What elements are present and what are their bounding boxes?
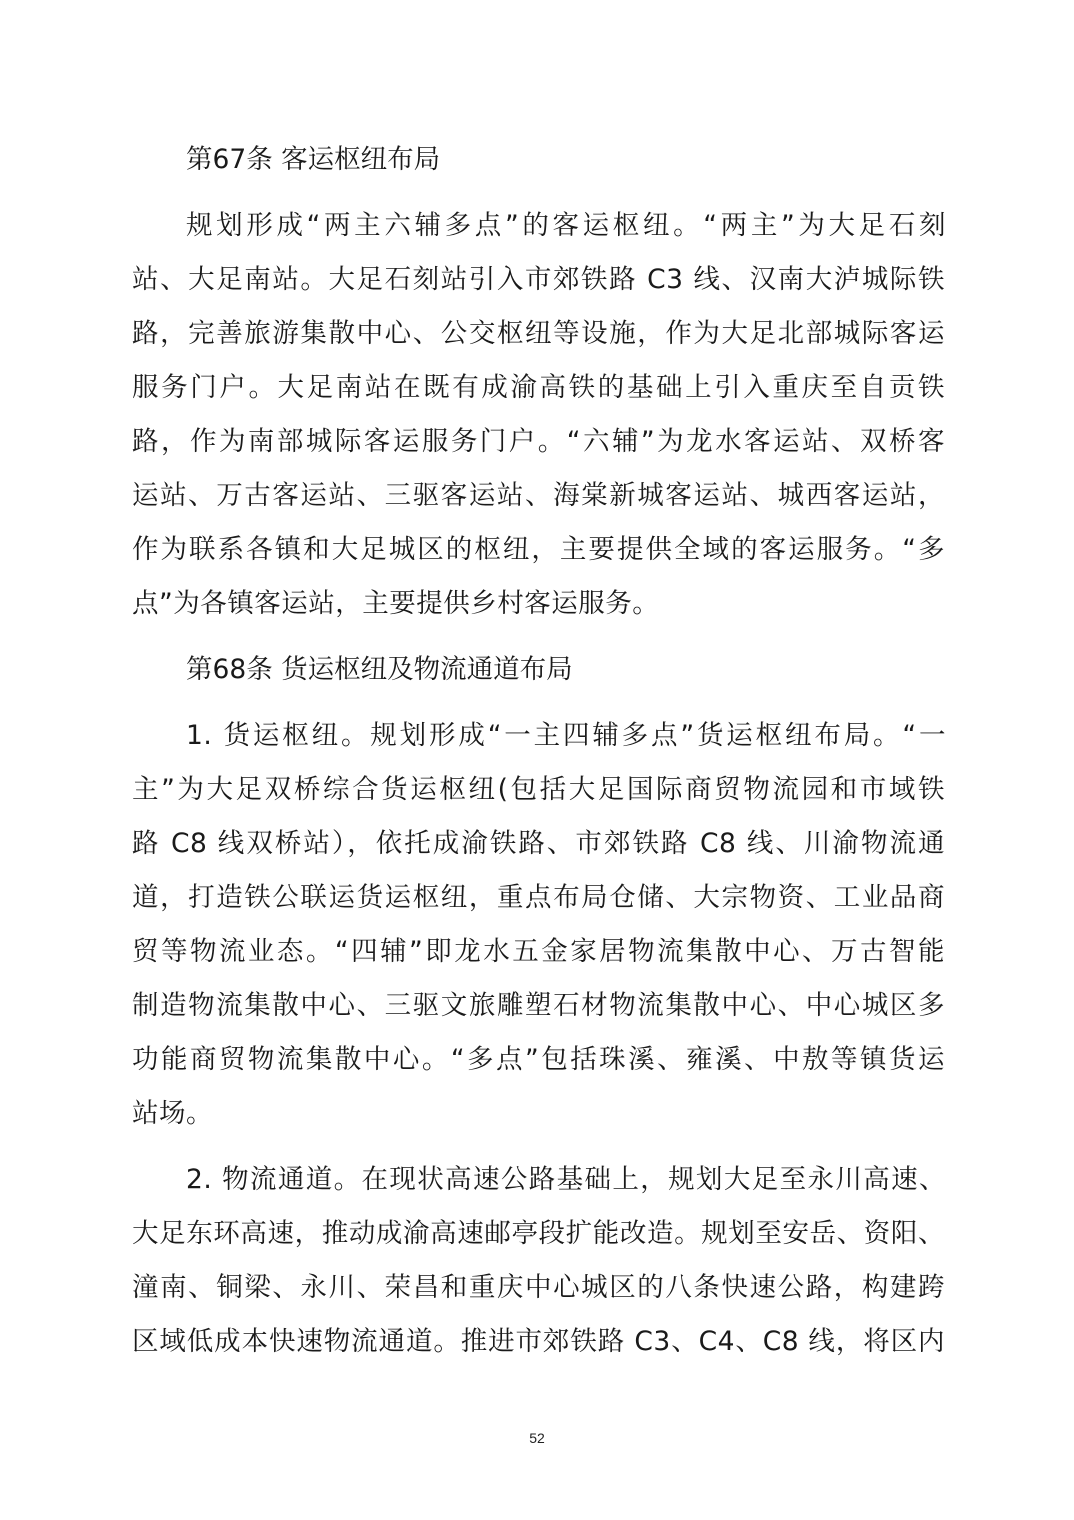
paragraph-line: 站、大足南站。大足石刻站引入市郊铁路 C3 线、汉南大泸城际铁	[132, 260, 945, 300]
paragraph-line: 功能商贸物流集散中心。“多点”包括珠溪、雍溪、中敖等镇货运	[132, 1040, 945, 1080]
paragraph-line: 作为联系各镇和大足城区的枢纽，主要提供全域的客运服务。“多	[132, 530, 945, 570]
paragraph-line: 运站、万古客运站、三驱客运站、海棠新城客运站、城西客运站，	[132, 476, 945, 516]
paragraph-line: 贸等物流业态。“四辅”即龙水五金家居物流集散中心、万古智能	[132, 932, 945, 972]
paragraph-line: 道，打造铁公联运货运枢纽，重点布局仓储、大宗物资、工业品商	[132, 878, 945, 918]
paragraph-line: 1. 货运枢纽。规划形成“一主四辅多点”货运枢纽布局。“一	[186, 716, 946, 756]
paragraph-line: 大足东环高速，推动成渝高速邮亭段扩能改造。规划至安岳、资阳、	[132, 1214, 945, 1254]
paragraph-line: 区域低成本快速物流通道。推进市郊铁路 C3、C4、C8 线，将区内	[132, 1322, 945, 1362]
section-heading-67: 第67条 客运枢纽布局	[186, 140, 1016, 180]
document-page: 第67条 客运枢纽布局 规划形成“两主六辅多点”的客运枢纽。“两主”为大足石刻 …	[0, 0, 1074, 1520]
paragraph-line: 潼南、铜梁、永川、荣昌和重庆中心城区的八条快速公路，构建跨	[132, 1268, 945, 1308]
paragraph-line: 服务门户。大足南站在既有成渝高铁的基础上引入重庆至自贡铁	[132, 368, 945, 408]
paragraph-line: 路，作为南部城际客运服务门户。“六辅”为龙水客运站、双桥客	[132, 422, 945, 462]
paragraph-line: 2. 物流通道。在现状高速公路基础上，规划大足至永川高速、	[186, 1160, 946, 1200]
paragraph-line: 主”为大足双桥综合货运枢纽(包括大足国际商贸物流园和市域铁	[132, 770, 945, 810]
paragraph-line: 点”为各镇客运站，主要提供乡村客运服务。	[132, 584, 962, 624]
paragraph-line: 规划形成“两主六辅多点”的客运枢纽。“两主”为大足石刻	[186, 206, 946, 246]
paragraph-line: 路 C8 线双桥站），依托成渝铁路、市郊铁路 C8 线、川渝物流通	[132, 824, 945, 864]
section-heading-68: 第68条 货运枢纽及物流通道布局	[186, 650, 1016, 690]
paragraph-line: 站场。	[132, 1094, 962, 1134]
paragraph-line: 路，完善旅游集散中心、公交枢纽等设施，作为大足北部城际客运	[132, 314, 945, 354]
page-number: 52	[0, 1430, 1074, 1446]
paragraph-line: 制造物流集散中心、三驱文旅雕塑石材物流集散中心、中心城区多	[132, 986, 945, 1026]
